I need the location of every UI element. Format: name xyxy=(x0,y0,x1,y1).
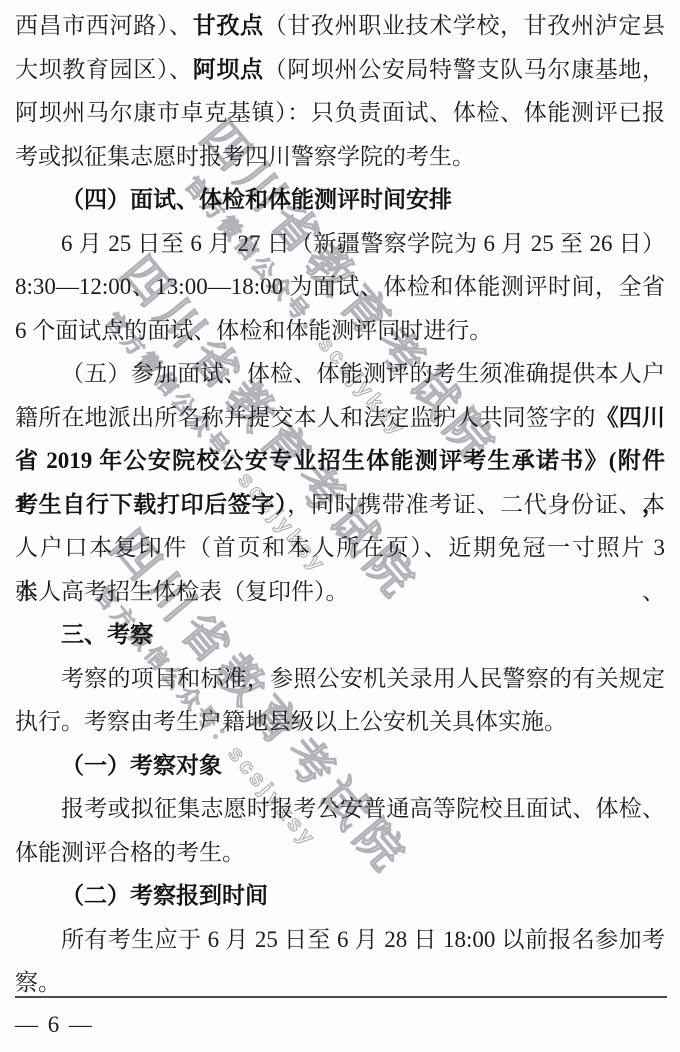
bold-text-run: （四）面试、体检和体能测评时间安排 xyxy=(61,187,452,212)
text-line: 执行。考察由考生户籍地县级以上公安机关具体实施。 xyxy=(15,700,665,744)
bold-text-run: 考生自行下载打印后签字） xyxy=(15,492,287,517)
bold-text-run: （一）考察对象 xyxy=(61,753,222,778)
page-number: — 6 — xyxy=(15,1003,94,1046)
text-line: 西昌市西河路）、甘孜点（甘孜州职业技术学校，甘孜州泸定县 xyxy=(15,4,665,48)
text-run: 籍所在地派出所名称并提交本人和法定监护人共同签字的 xyxy=(15,405,596,430)
text-line: 人户口本复印件（首页和本人所在页）、近期免冠一寸照片 3 张、 xyxy=(15,526,665,570)
bold-text-run: 《四川 xyxy=(596,405,665,430)
text-run: ，同时携带准考证、二代身份证、本 xyxy=(287,492,665,517)
text-line: 8:30—12:00、13:00—18:00 为面试、体检和体能测评时间，全省 xyxy=(15,265,665,309)
text-run: （五）参加面试、体检、体能测评的考生须准确提供本人户 xyxy=(61,361,665,386)
text-line: （一）考察对象 xyxy=(15,744,665,788)
bold-text-run: （二）考察报到时间 xyxy=(61,883,268,908)
text-line: 报考或拟征集志愿时报考公安普通高等院校且面试、体检、 xyxy=(15,787,665,831)
text-line: 6 个面试点的面试、体检和体能测评同时进行。 xyxy=(15,309,665,353)
document-body: 西昌市西河路）、甘孜点（甘孜州职业技术学校，甘孜州泸定县大坝教育园区）、阿坝点（… xyxy=(15,4,665,1005)
text-run: （甘孜州职业技术学校，甘孜州泸定县 xyxy=(264,13,665,38)
text-run: 报考或拟征集志愿时报考公安普通高等院校且面试、体检、 xyxy=(61,796,665,821)
text-run: 体能测评合格的考生。 xyxy=(15,840,245,865)
text-line: （五）参加面试、体检、体能测评的考生须准确提供本人户 xyxy=(15,352,665,396)
text-line: 所有考生应于 6 月 25 日至 6 月 28 日 18:00 以前报名参加考 xyxy=(15,918,665,962)
text-run: 6 月 25 日至 6 月 27 日（新疆警察学院为 6 月 25 至 26 日… xyxy=(61,231,665,256)
text-line: 体能测评合格的考生。 xyxy=(15,831,665,875)
text-line: 阿坝州马尔康市卓克基镇）：只负责面试、体检、体能测评已报 xyxy=(15,91,665,135)
text-line: 考生自行下载打印后签字），同时携带准考证、二代身份证、本 xyxy=(15,483,665,527)
text-line: （二）考察报到时间 xyxy=(15,874,665,918)
text-run: 大坝教育园区）、 xyxy=(15,57,193,82)
text-line: 大坝教育园区）、阿坝点（阿坝州公安局特警支队马尔康基地， xyxy=(15,48,665,92)
text-run: 所有考生应于 6 月 25 日至 6 月 28 日 18:00 以前报名参加考 xyxy=(61,927,665,952)
footer-separator-line xyxy=(15,996,667,998)
text-run: 察。 xyxy=(15,970,61,995)
text-run: 执行。考察由考生户籍地县级以上公安机关具体实施。 xyxy=(15,709,567,734)
text-line: 三、考察 xyxy=(15,613,665,657)
text-line: （四）面试、体检和体能测评时间安排 xyxy=(15,178,665,222)
bold-text-run: 三、考察 xyxy=(61,622,153,647)
text-line: 考察的项目和标准，参照公安机关录用人民警察的有关规定 xyxy=(15,657,665,701)
bold-text-run: 甘孜点 xyxy=(193,13,264,38)
text-line: 考或拟征集志愿时报考四川警察学院的考生。 xyxy=(15,135,665,179)
text-run: 8:30—12:00、13:00—18:00 为面试、体检和体能测评时间，全省 xyxy=(15,274,665,299)
text-run: 考察的项目和标准，参照公安机关录用人民警察的有关规定 xyxy=(61,666,665,691)
text-run: 本人高考招生体检表（复印件）。 xyxy=(15,579,349,604)
bold-text-run: 阿坝点 xyxy=(193,57,264,82)
text-run: 考或拟征集志愿时报考四川警察学院的考生。 xyxy=(15,144,475,169)
text-line: 籍所在地派出所名称并提交本人和法定监护人共同签字的《四川 xyxy=(15,396,665,440)
text-line: 省 2019 年公安院校公安专业招生体能测评考生承诺书》(附件 1， xyxy=(15,439,665,483)
text-run: 6 个面试点的面试、体检和体能测评同时进行。 xyxy=(15,318,492,343)
text-line: 6 月 25 日至 6 月 27 日（新疆警察学院为 6 月 25 至 26 日… xyxy=(15,222,665,266)
text-run: （阿坝州公安局特警支队马尔康基地， xyxy=(264,57,665,82)
text-run: 阿坝州马尔康市卓克基镇）：只负责面试、体检、体能测评已报 xyxy=(15,100,665,125)
text-run: 西昌市西河路）、 xyxy=(15,13,193,38)
document-page: 四川省教育考试院 官方微信公众号：scsjyksy 四川省教育考试院 官方微信公… xyxy=(0,0,680,1052)
